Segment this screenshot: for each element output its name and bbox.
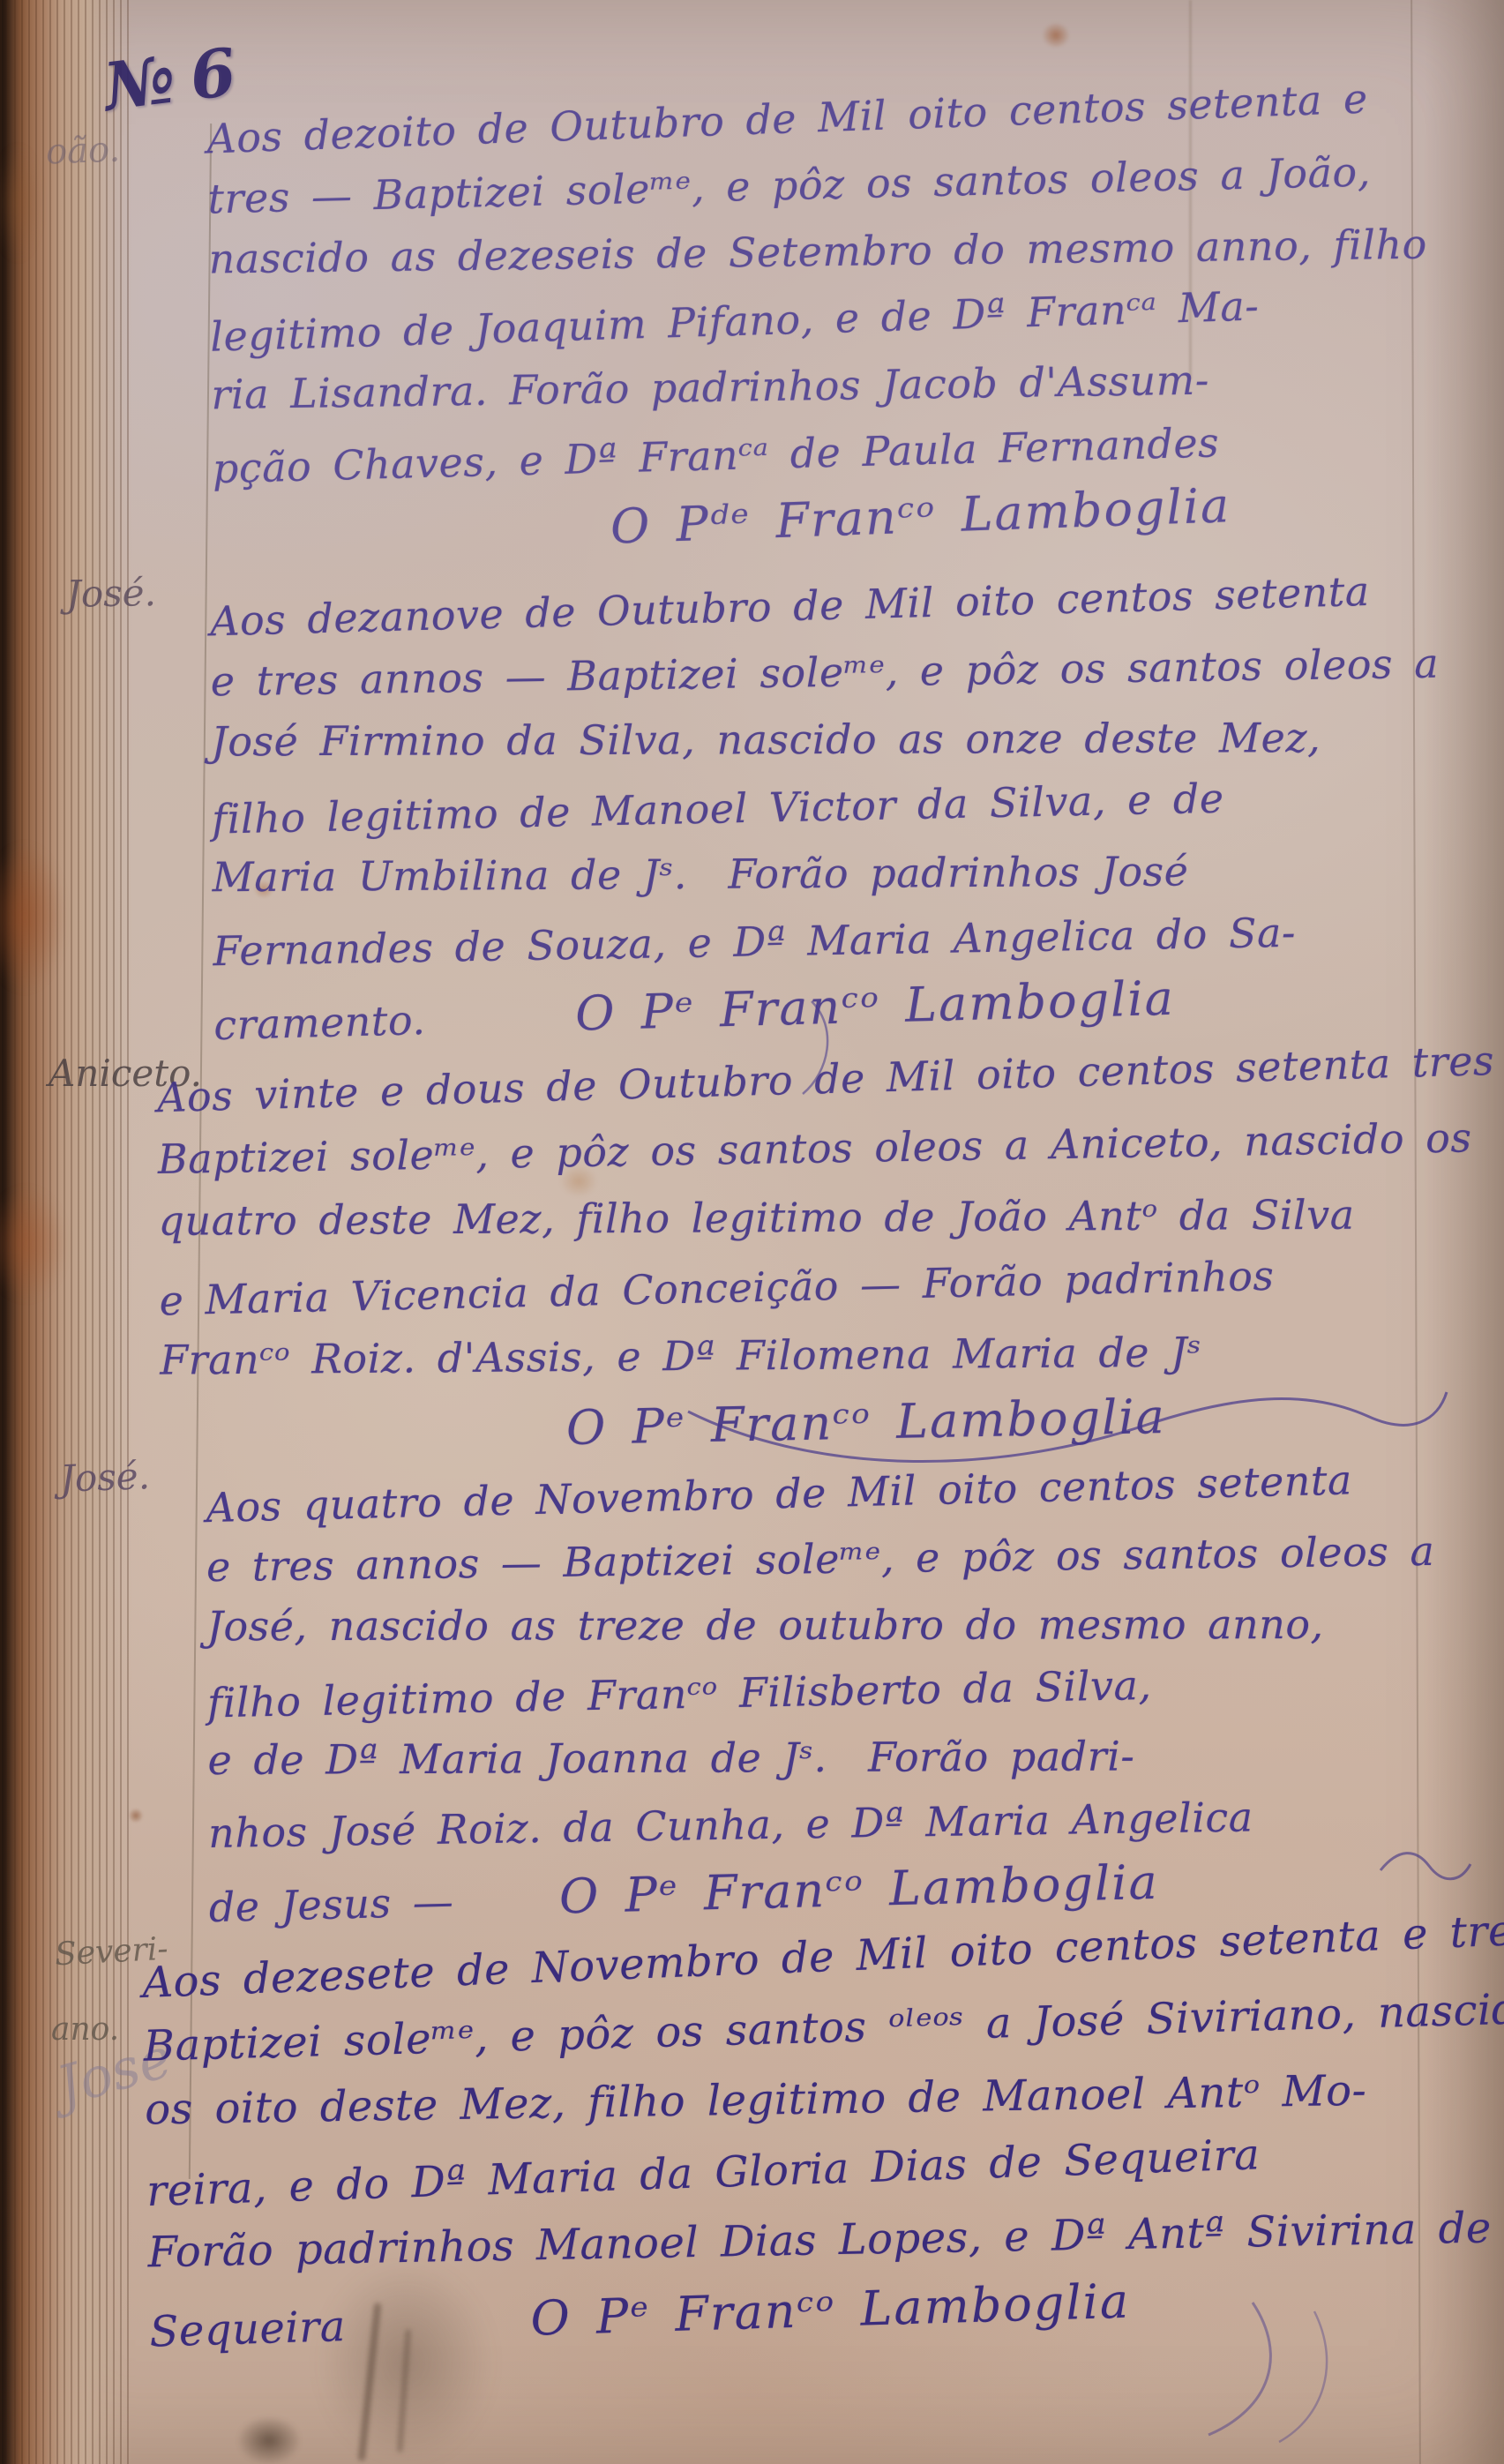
signature-descender-flourish [759,992,864,1107]
baptism-record-jose-siviriano: Aos dezesete de Novembro de Mil oito cen… [141,1910,1438,2360]
baptism-record-jose-firmino: Aos dezanove de Outubro de Mil oito cent… [210,566,1449,1046]
baptism-record-jose: Aos quatro de Novembro de Mil oito cento… [206,1456,1444,1928]
rust-stain [129,1809,143,1823]
ink-spot [238,2417,300,2464]
record-text-fragment: de Jesus — [208,1877,454,1931]
priest-signature: O Pᵉ Franᶜᵒ Lamboglia [574,970,1175,1042]
baptism-register-scan: № 6 oão. Aos dezoito de Outubro de Mil o… [0,0,1504,2464]
margin-name-joao: oão. [45,130,121,173]
record-text-fragment: cramento. [213,996,426,1049]
margin-name-jose: José. [59,1454,151,1501]
signature-tilde-flourish [1372,1839,1478,1892]
baptism-record-joao: Aos dezoito de Outubro de Mil oito cento… [206,73,1448,564]
signature-end-flourish [988,2294,1358,2453]
margin-name-jose: José. [66,571,157,616]
rust-stain [1043,23,1069,48]
record-text-fragment: Sequeira [149,2302,347,2357]
record-text-line: e de Dª Maria Joanna de Jˢ. Forão padri- [207,1722,1442,1794]
